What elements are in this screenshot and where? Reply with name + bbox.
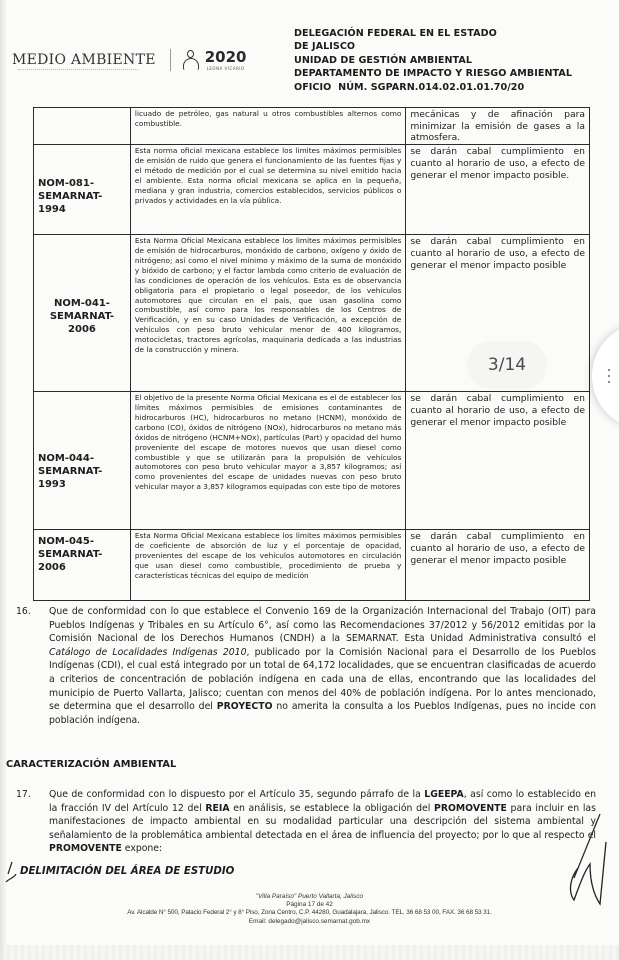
header-line: UNIDAD DE GESTIÓN AMBIENTAL <box>294 54 572 67</box>
catalog-title: Catálogo de Localidades Indígenas 2010 <box>49 647 247 658</box>
paragraph-number: 16. <box>16 605 31 619</box>
description-cell: Esta norma oficial mexicana establece lo… <box>130 145 405 235</box>
page-indicator: 3/14 <box>467 341 547 389</box>
document-page: MEDIO AMBIENTE 2020 LEONA VICARIO DELEGA… <box>0 0 619 960</box>
header-line: DE JALISCO <box>294 40 572 53</box>
section-title: CARACTERIZACIÓN AMBIENTAL <box>6 759 176 770</box>
header-line: DELEGACIÓN FEDERAL EN EL ESTADO <box>294 27 572 40</box>
paragraph-17: 17. Que de conformidad con lo dispuesto … <box>16 788 596 856</box>
description-cell: El objetivo de la presente Norma Oficial… <box>130 392 405 530</box>
medio-ambiente-logo: MEDIO AMBIENTE 2020 LEONA VICARIO <box>12 45 246 75</box>
footer-email: Email: delegado@jalisco.semarnat.gob.mx <box>0 918 619 926</box>
table-row: licuado de petróleo, gas natural u otros… <box>34 108 590 145</box>
logo-year: 2020 <box>205 50 247 65</box>
norm-cell <box>34 108 131 145</box>
leona-vicario-figure-icon <box>181 49 201 71</box>
table-row: NOM-081- SEMARNAT-1994 Esta norma oficia… <box>34 145 590 235</box>
table-row: NOM-044- SEMARNAT-1993 El objetivo de la… <box>34 392 590 530</box>
footer-address: Av. Alcalde N° 500, Palacio Federal 2° y… <box>0 909 619 917</box>
measure-cell: se darán cabal cumplimiento en cuanto al… <box>406 392 590 530</box>
measure-cell: mecánicas y de afinación para minimizar … <box>406 108 590 145</box>
logo-year-block: 2020 LEONA VICARIO <box>205 50 247 71</box>
logo-year-subtitle: LEONA VICARIO <box>207 66 245 71</box>
page-edge-shadow <box>0 0 6 960</box>
office-number: OFICIO NÚM. SGPARN.014.02.01.01.70/20 <box>294 81 572 94</box>
description-cell: Esta Norma Oficial Mexicana establece lo… <box>130 530 405 601</box>
subsection-title: DELIMITACIÓN DEL ÁREA DE ESTUDIO <box>20 866 234 877</box>
scan-noise <box>0 945 619 960</box>
paragraph-number: 17. <box>16 788 31 802</box>
norm-cell: NOM-044- SEMARNAT-1993 <box>34 392 131 530</box>
header-line: DEPARTAMENTO DE IMPACTO Y RIESGO AMBIENT… <box>294 67 572 80</box>
signature-mark-left-icon <box>4 860 26 890</box>
logo-divider <box>170 49 171 71</box>
measure-cell: se darán cabal cumplimiento en cuanto al… <box>406 530 590 601</box>
paragraph-text: Que de conformidad con lo que establece … <box>49 605 596 727</box>
paragraph-16: 16. Que de conformidad con lo que establ… <box>16 605 596 727</box>
norm-cell: NOM-045- SEMARNAT- 2006 <box>34 530 131 601</box>
paragraph-text: Que de conformidad con lo dispuesto por … <box>49 788 596 856</box>
table-row: NOM-045- SEMARNAT- 2006 Esta Norma Ofici… <box>34 530 590 601</box>
more-options-icon <box>608 369 610 383</box>
office-header: DELEGACIÓN FEDERAL EN EL ESTADO DE JALIS… <box>294 27 572 94</box>
logo-text: MEDIO AMBIENTE <box>12 52 156 68</box>
norm-cell: NOM-041- SEMARNAT- 2006 <box>34 235 131 392</box>
norm-cell: NOM-081- SEMARNAT-1994 <box>34 145 131 235</box>
footer-project: "Villa Paraíso" Puerto Vallarta, Jalisco <box>0 893 619 901</box>
measure-cell: se darán cabal cumplimiento en cuanto al… <box>406 145 590 235</box>
description-cell: licuado de petróleo, gas natural u otros… <box>130 108 405 145</box>
description-cell: Esta Norma Oficial Mexicana establece lo… <box>130 235 405 392</box>
page-footer: "Villa Paraíso" Puerto Vallarta, Jalisco… <box>0 893 619 926</box>
